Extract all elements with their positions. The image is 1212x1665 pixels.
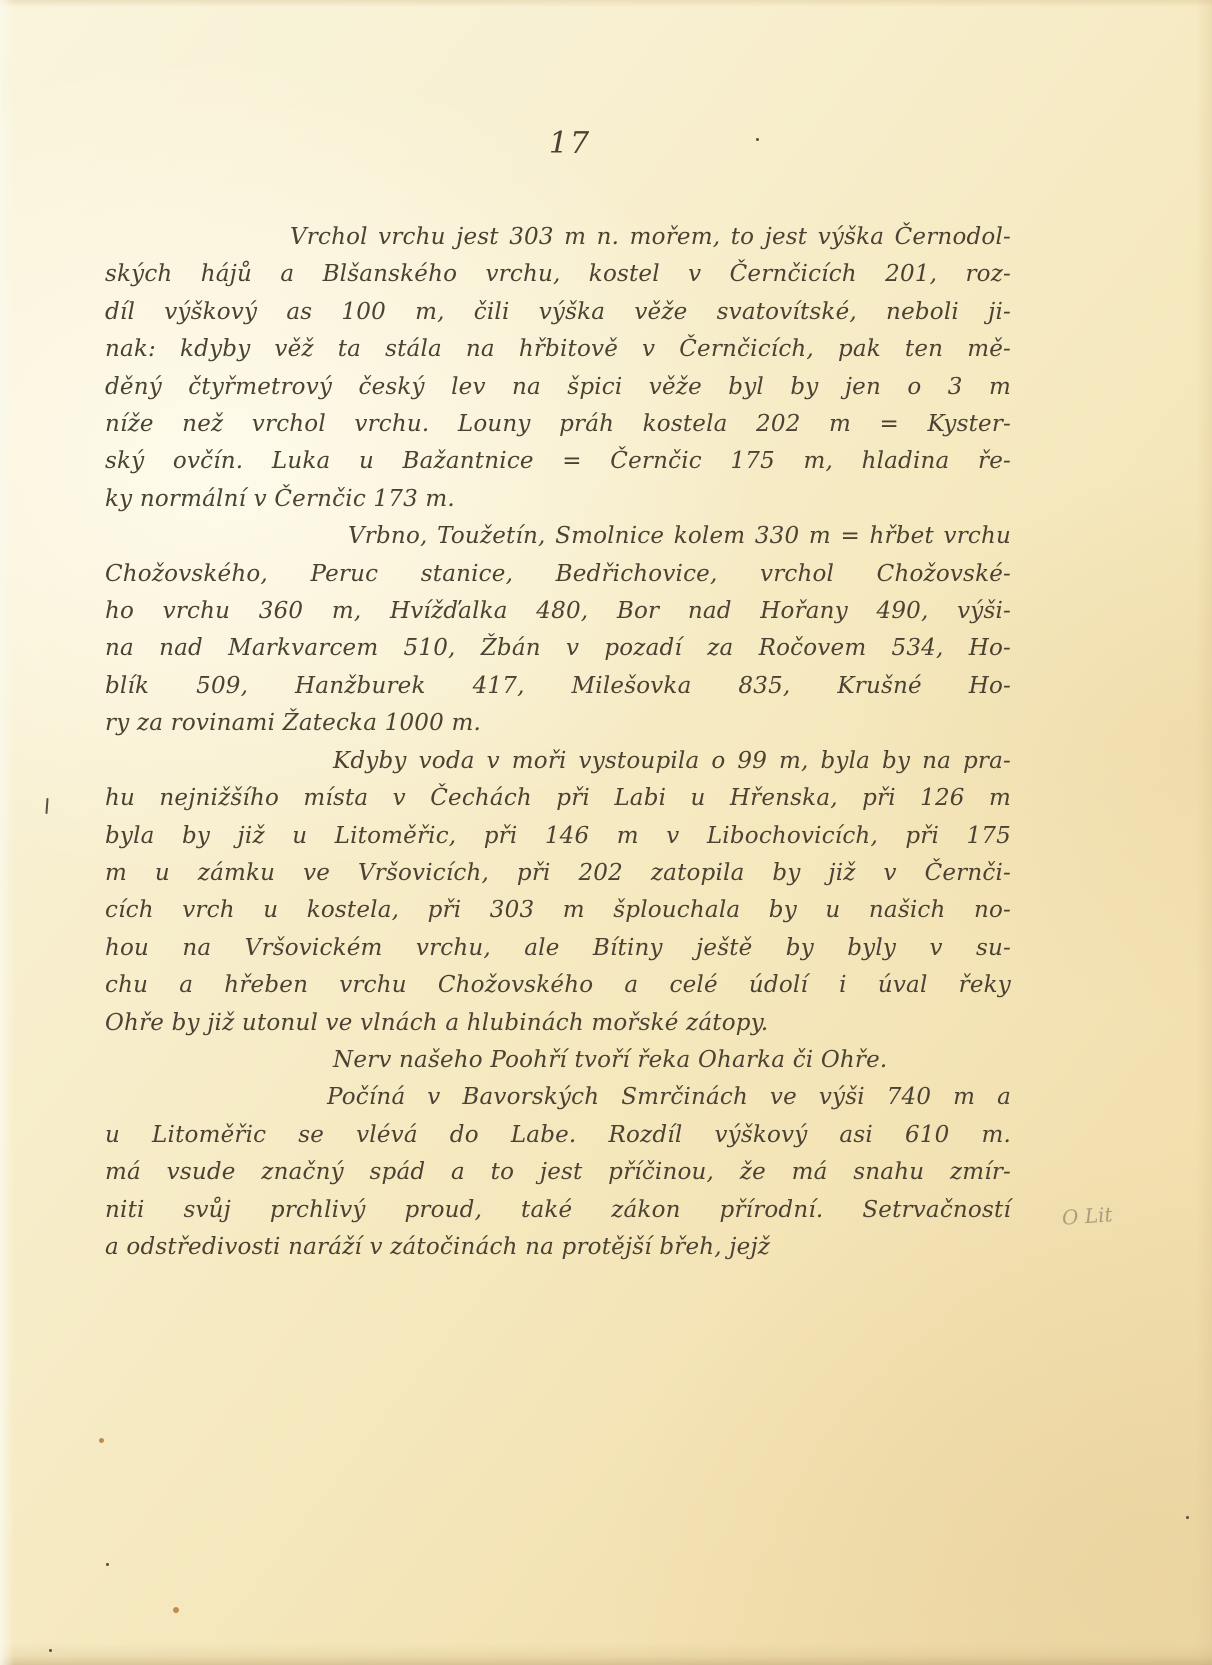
text-line: Chožovského, Peruc stanice, Bedřichovice…: [105, 556, 1011, 593]
text-line: hu nejnižšího místa v Čechách při Labi u…: [105, 780, 1011, 817]
text-line: má vsude značný spád a to jest příčinou,…: [105, 1154, 1011, 1191]
text-line: Ohře by již utonul ve vlnách a hlubinách…: [105, 1005, 1011, 1042]
text-line: u Litoměřic se vlévá do Labe. Rozdíl výš…: [105, 1117, 1011, 1154]
text-line: niti svůj prchlivý proud, také zákon pří…: [105, 1192, 1011, 1229]
text-line: níže než vrchol vrchu. Louny práh kostel…: [105, 406, 1011, 443]
paragraph: Kdyby voda v moři vystoupila o 99 m, byl…: [105, 743, 1011, 1042]
paper-speck: [173, 1607, 179, 1613]
paper-speck: [1186, 1516, 1189, 1519]
text-line: chu a hřeben vrchu Chožovského a celé úd…: [105, 967, 1011, 1004]
text-line: hou na Vršovickém vrchu, ale Bítiny ješt…: [105, 930, 1011, 967]
text-line: blík 509, Hanžburek 417, Milešovka 835, …: [105, 668, 1011, 705]
text-line: ský ovčín. Luka u Bažantnice = Černčic 1…: [105, 443, 1011, 480]
text-line: Kdyby voda v moři vystoupila o 99 m, byl…: [105, 743, 1011, 780]
text-line: díl výškový as 100 m, čili výška věže sv…: [105, 294, 1011, 331]
paragraph: Počíná v Bavorských Smrčinách ve výši 74…: [105, 1079, 1011, 1266]
text-line: a odstředivosti naráží v zátočinách na p…: [105, 1229, 1011, 1266]
text-line: nak: kdyby věž ta stála na hřbitově v Če…: [105, 331, 1011, 368]
paper-speck: [99, 1438, 104, 1443]
text-line: Nerv našeho Poohří tvoří řeka Oharka či …: [105, 1042, 1011, 1079]
page-number: 17: [470, 126, 670, 161]
paragraph: Vrchol vrchu jest 303 m n. mořem, to jes…: [105, 219, 1011, 518]
text-line: na nad Markvarcem 510, Žbán v pozadí za …: [105, 630, 1011, 667]
text-line: ských hájů a Blšanského vrchu, kostel v …: [105, 256, 1011, 293]
text-line: ky normální v Černčic 173 m.: [105, 481, 1011, 518]
text-line: Vrbno, Toužetín, Smolnice kolem 330 m = …: [105, 518, 1011, 555]
paper-speck: [106, 1563, 109, 1566]
text-line: děný čtyřmetrový český lev na špici věže…: [105, 369, 1011, 406]
text-line: m u zámku ve Vršovicích, při 202 zatopil…: [105, 855, 1011, 892]
text-line: Vrchol vrchu jest 303 m n. mořem, to jes…: [105, 219, 1011, 256]
paper-speck: [756, 138, 759, 141]
manuscript-page: 17 Vrchol vrchu jest 303 m n. mořem, to …: [0, 0, 1212, 1665]
ink-mark: [45, 798, 48, 814]
margin-note-pencil: O Lit: [1061, 1202, 1113, 1229]
text-line: cích vrch u kostela, při 303 m šplouchal…: [105, 892, 1011, 929]
manuscript-text: Vrchol vrchu jest 303 m n. mořem, to jes…: [105, 219, 1011, 1266]
paragraph: Vrbno, Toužetín, Smolnice kolem 330 m = …: [105, 518, 1011, 742]
paper-speck: [49, 1649, 52, 1652]
text-line: Počíná v Bavorských Smrčinách ve výši 74…: [105, 1079, 1011, 1116]
text-line: byla by již u Litoměřic, při 146 m v Lib…: [105, 818, 1011, 855]
text-line: ry za rovinami Žatecka 1000 m.: [105, 705, 1011, 742]
paragraph: Nerv našeho Poohří tvoří řeka Oharka či …: [105, 1042, 1011, 1079]
text-line: ho vrchu 360 m, Hvížďalka 480, Bor nad H…: [105, 593, 1011, 630]
